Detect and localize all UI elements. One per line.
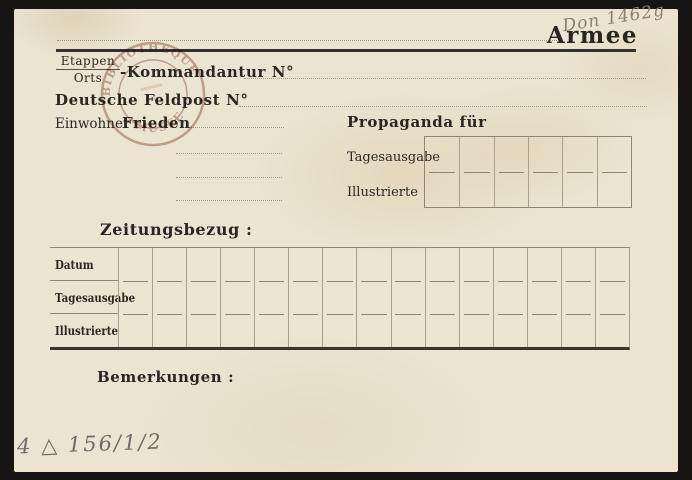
- zeitungsbezug-cell: [391, 248, 425, 281]
- propaganda-grid-cell: [425, 172, 459, 207]
- zeitungsbezug-cell: [254, 281, 288, 314]
- continuation-line-3: [176, 200, 282, 201]
- zeitungsbezug-cell: [322, 314, 356, 347]
- zeitungsbezug-cell: [322, 248, 356, 281]
- zeitungsbezug-cell: [152, 314, 186, 347]
- zeitungsbezug-cell: [425, 314, 459, 347]
- zeitungsbezug-cell: [186, 314, 220, 347]
- zeitungsbezug-cell: [595, 248, 629, 281]
- continuation-line-1: [176, 153, 282, 154]
- zeitungsbezug-cell: [118, 248, 152, 281]
- zeitungsbezug-cell: [595, 281, 629, 314]
- zeitungsbezug-cell: [254, 248, 288, 281]
- armee-fill-line: [57, 40, 557, 41]
- zeitungsbezug-cell: [152, 248, 186, 281]
- zeitungsbezug-cell: [220, 314, 254, 347]
- propaganda-grid-cell: [562, 172, 596, 207]
- form-title: Armee: [547, 22, 638, 49]
- zeitungsbezug-title: Zeitungsbezug :: [100, 220, 253, 239]
- zeitungsbezug-cell: [322, 281, 356, 314]
- zeitungsbezug-cell: [493, 281, 527, 314]
- zeitungsbezug-cell: [118, 281, 152, 314]
- bemerkungen-label: Bemerkungen :: [97, 368, 234, 386]
- zeitungsbezug-cell: [356, 314, 390, 347]
- library-stamp: BIBLIOTHEQUE MUSEE: [86, 27, 219, 160]
- zeitungsbezug-cell: [561, 314, 595, 347]
- zeitungsbezug-cell: [561, 281, 595, 314]
- zeitungsbezug-cell: [561, 248, 595, 281]
- propaganda-grid-cell: [528, 137, 562, 172]
- zeitungsbezug-table: DatumTagesausgabeIllustrierte: [50, 247, 630, 350]
- zeitungsbezug-row-label: Tagesausgabe: [50, 281, 118, 314]
- propaganda-grid-cell: [597, 172, 631, 207]
- scanned-form-card: Don 1462g Armee Etappen Orts -Kommandant…: [14, 9, 678, 472]
- zeitungsbezug-cell: [459, 248, 493, 281]
- zeitungsbezug-cell: [391, 314, 425, 347]
- zeitungsbezug-cell: [186, 248, 220, 281]
- zeitungsbezug-cell: [288, 248, 322, 281]
- propaganda-title: Propaganda für: [347, 113, 487, 131]
- zeitungsbezug-cell: [288, 314, 322, 347]
- stamp-graphic: BIBLIOTHEQUE MUSEE: [86, 27, 219, 160]
- zeitungsbezug-cell: [425, 281, 459, 314]
- propaganda-grid-cell: [597, 137, 631, 172]
- propaganda-grid-cell: [528, 172, 562, 207]
- kommandantur-fill-line: [244, 78, 646, 79]
- propaganda-grid-cell: [562, 137, 596, 172]
- propaganda-grid-cell: [494, 172, 528, 207]
- zeitungsbezug-cell: [118, 314, 152, 347]
- zeitungsbezug-cell: [220, 248, 254, 281]
- zeitungsbezug-row-label: Datum: [50, 248, 118, 281]
- zeitungsbezug-cell: [288, 281, 322, 314]
- zeitungsbezug-cell: [152, 281, 186, 314]
- propaganda-grid-cell: [494, 137, 528, 172]
- zeitungsbezug-cell: [391, 281, 425, 314]
- propaganda-row-label-illustrierte: Illustrierte: [347, 185, 418, 200]
- zeitungsbezug-cell: [356, 248, 390, 281]
- propaganda-grid: [424, 136, 632, 208]
- propaganda-grid-cell: [459, 137, 493, 172]
- zeitungsbezug-cell: [459, 314, 493, 347]
- zeitungsbezug-cell: [527, 314, 561, 347]
- zeitungsbezug-cell: [186, 281, 220, 314]
- zeitungsbezug-cell: [254, 314, 288, 347]
- continuation-line-2: [176, 177, 282, 178]
- zeitungsbezug-cell: [493, 314, 527, 347]
- zeitungsbezug-cell: [425, 248, 459, 281]
- propaganda-grid-cell: [425, 137, 459, 172]
- zeitungsbezug-cell: [459, 281, 493, 314]
- zeitungsbezug-cell: [527, 248, 561, 281]
- zeitungsbezug-row-label: Illustrierte: [50, 314, 118, 347]
- zeitungsbezug-cell: [595, 314, 629, 347]
- feldpost-fill-line: [239, 106, 647, 107]
- zeitungsbezug-cell: [493, 248, 527, 281]
- zeitungsbezug-cell: [527, 281, 561, 314]
- zeitungsbezug-cell: [356, 281, 390, 314]
- zeitungsbezug-cell: [220, 281, 254, 314]
- propaganda-grid-cell: [459, 172, 493, 207]
- handwritten-reference-number: 4 △ 156/1/2: [17, 429, 164, 458]
